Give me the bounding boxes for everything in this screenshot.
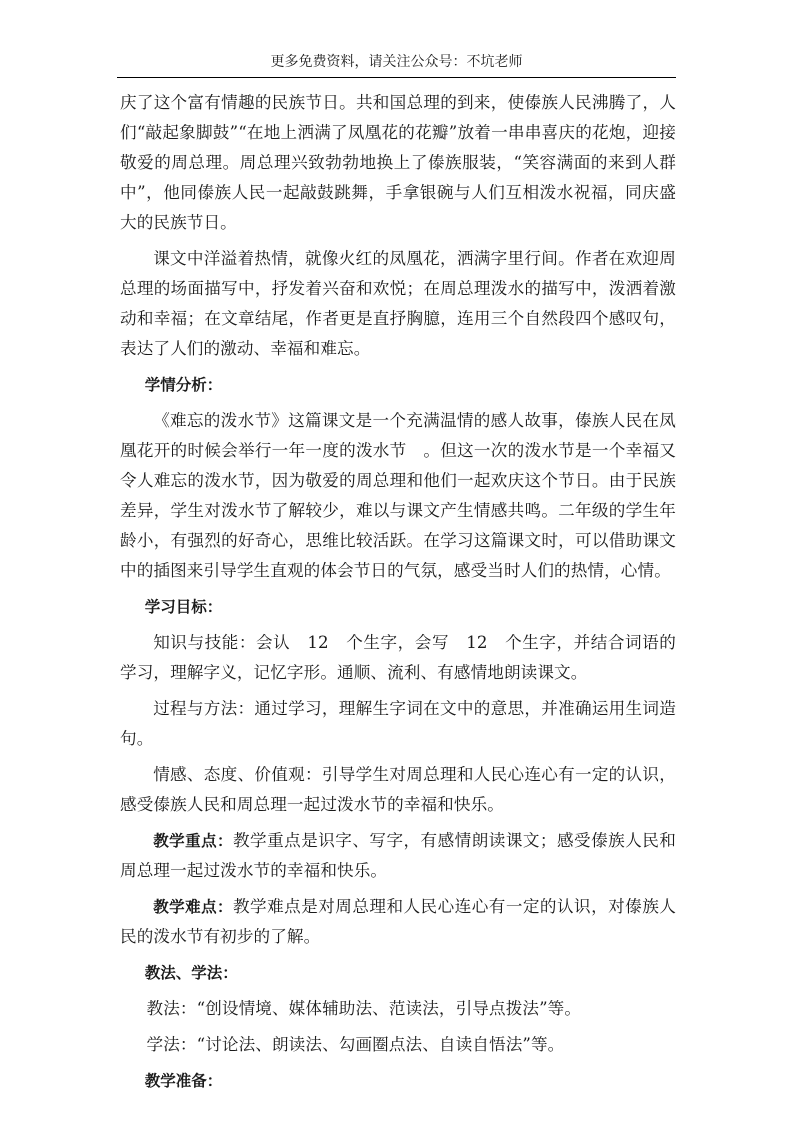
key-point: 教学重点：教学重点是识字、写字，有感情朗读课文；感受傣族人民和周总理一起过泼水节… <box>120 826 676 886</box>
goal-process: 过程与方法：通过学习，理解生字词在文中的意思，并准确运用生词造句。 <box>120 694 676 754</box>
difficulty: 教学难点：教学难点是对周总理和人民心连心有一定的认识，对傣族人民的泼水节有初步的… <box>120 892 676 952</box>
learning-method: 学法：“讨论法、朗读法、勾画圈点法、自读自悟法”等。 <box>120 1030 676 1060</box>
goal-emotion: 情感、态度、价值观：引导学生对周总理和人民心连心有一定的认识，感受傣族人民和周总… <box>120 760 676 820</box>
key-point-label: 教学重点： <box>153 832 233 850</box>
heading-learning-analysis: 学情分析： <box>120 370 676 400</box>
heading-methods: 教法、学法： <box>120 958 676 988</box>
paragraph-continuation: 庆了这个富有情趣的民族节日。共和国总理的到来，使傣族人民沸腾了，人们“敲起象脚鼓… <box>120 88 676 238</box>
page-header: 更多免费资料，请关注公众号：不坑老师 <box>117 52 676 78</box>
goal-knowledge: 知识与技能：会认 12 个生字，会写 12 个生字，并结合词语的学习，理解字义，… <box>120 628 676 688</box>
difficulty-label: 教学难点： <box>153 898 233 916</box>
paragraph-analysis: 课文中洋溢着热情，就像火红的凤凰花，洒满字里行间。作者在欢迎周总理的场面描写中，… <box>120 244 676 364</box>
heading-goals: 学习目标： <box>120 592 676 622</box>
teaching-method: 教法：“创设情境、媒体辅助法、范读法，引导点拨法”等。 <box>120 994 676 1024</box>
document-body: 庆了这个富有情趣的民族节日。共和国总理的到来，使傣族人民沸腾了，人们“敲起象脚鼓… <box>120 88 676 1102</box>
learning-analysis-text: 《难忘的泼水节》这篇课文是一个充满温情的感人故事，傣族人民在凤凰花开的时候会举行… <box>120 406 676 586</box>
heading-preparation: 教学准备： <box>120 1066 676 1096</box>
header-text: 更多免费资料，请关注公众号：不坑老师 <box>271 54 523 70</box>
